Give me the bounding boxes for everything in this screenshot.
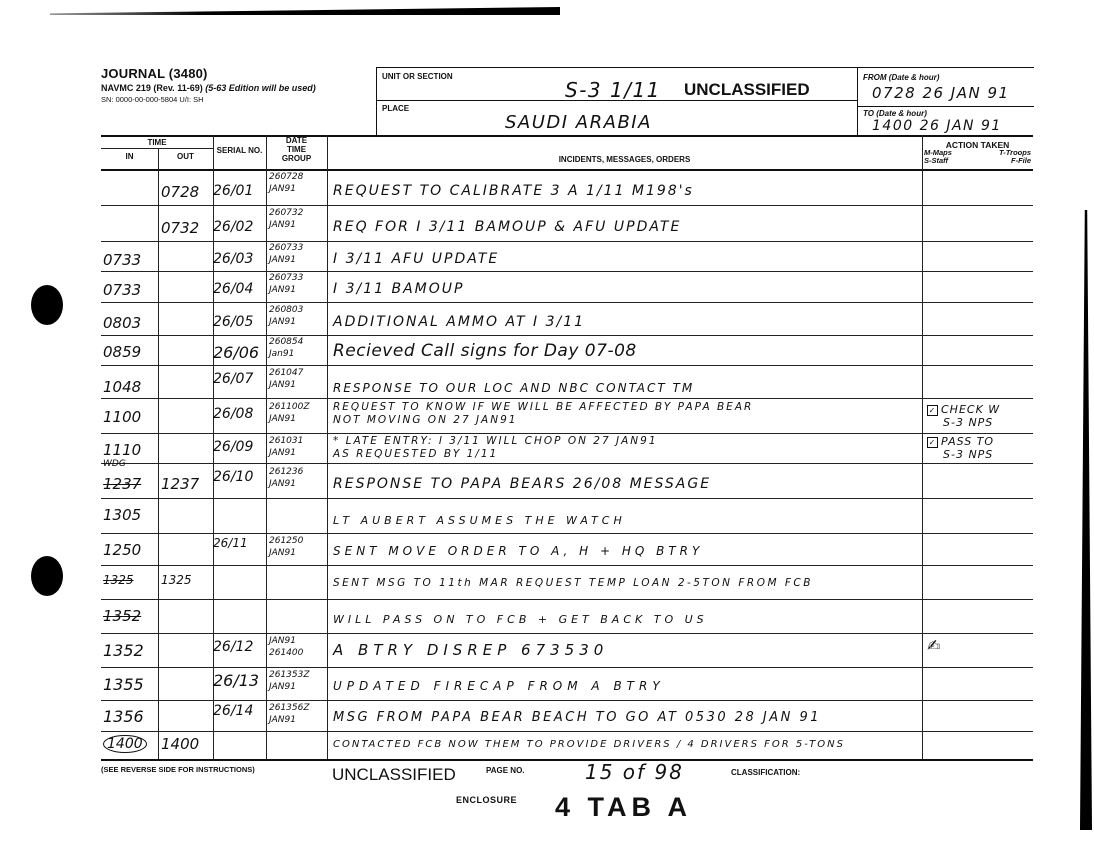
serial-no: 26/04 (213, 281, 265, 297)
classification-label: CLASSIFICATION: (731, 768, 800, 777)
date-time-group: 260732JAN91 (269, 207, 325, 231)
message: A BTRY DISREP 673530 (333, 641, 923, 659)
date-time-group: 260803JAN91 (269, 304, 325, 328)
table-row: 0859 26/06 260854Jan91 Recieved Call sig… (101, 335, 1033, 365)
col-serial: SERIAL NO. (213, 143, 266, 158)
action-taken: ✓PASS TO S-3 NPS (927, 435, 1032, 461)
classification-top: UNCLASSIFIED (684, 80, 810, 100)
time-in: 1355 (103, 675, 158, 694)
time-in: 1237 (103, 475, 158, 493)
date-time-group: 260733JAN91 (269, 272, 325, 296)
message: RESPONSE TO OUR LOC AND NBC CONTACT TM (333, 381, 923, 395)
scan-artifact-top (50, 7, 560, 15)
punch-hole (31, 285, 63, 325)
time-out: 1400 (161, 735, 216, 753)
from-label: FROM (Date & hour) (863, 73, 939, 82)
table-row: 1400 1400 CONTACTED FCB NOW THEM TO PROV… (101, 731, 1033, 759)
message: SENT MSG TO 11th MAR REQUEST TEMP LOAN 2… (333, 577, 923, 589)
time-in: 1100 (103, 408, 158, 426)
date-time-group: 261356ZJAN91 (269, 702, 325, 726)
checkbox-icon: ✓ (927, 405, 938, 416)
time-in-circled: 1400 (103, 735, 147, 753)
instructions-note: (SEE REVERSE SIDE FOR INSTRUCTIONS) (101, 765, 255, 774)
action-taken: ✓CHECK W S-3 NPS (927, 403, 1032, 429)
col-out: OUT (158, 152, 213, 161)
col-in: IN (101, 152, 158, 161)
table-row: 0728 26/01 260728JAN91 REQUEST TO CALIBR… (101, 169, 1033, 205)
message: REQUEST TO CALIBRATE 3 A 1/11 M198's (333, 183, 923, 199)
message: RESPONSE TO PAPA BEARS 26/08 MESSAGE (333, 476, 923, 492)
edition-note: (5-63 Edition will be used) (205, 83, 316, 93)
time-in: 0733 (103, 281, 158, 299)
message: * LATE ENTRY: I 3/11 WILL CHOP ON 27 JAN… (333, 435, 923, 461)
time-in: 0859 (103, 343, 158, 361)
time-in: 1110 (103, 441, 158, 459)
table-row: 1325 1325 SENT MSG TO 11th MAR REQUEST T… (101, 565, 1033, 599)
serial-no: 26/09 (213, 439, 265, 455)
date-time-group: 261100ZJAN91 (269, 401, 325, 425)
serial-no: 26/10 (213, 469, 265, 485)
message: REQ FOR I 3/11 BAMOUP & AFU UPDATE (333, 219, 923, 235)
form-title: JOURNAL (3480) (101, 66, 316, 81)
table-row: 1048 26/07 261047JAN91 RESPONSE TO OUR L… (101, 365, 1033, 398)
message: MSG FROM PAPA BEAR BEACH TO GO AT 0530 2… (333, 710, 923, 725)
serial-no: 26/03 (213, 251, 265, 267)
date-time-group: 261047JAN91 (269, 367, 325, 391)
serial-no: 26/01 (213, 183, 265, 199)
serial-no: 26/07 (213, 371, 265, 387)
form-number: NAVMC 219 (Rev. 11-69) (5-63 Edition wil… (101, 83, 316, 93)
time-out: 0728 (161, 183, 216, 201)
scan-artifact-right (1080, 210, 1092, 830)
to-value: 1400 26 JAN 91 (872, 118, 1002, 134)
message: ADDITIONAL AMMO AT I 3/11 (333, 314, 923, 330)
table-row: 1352 WILL PASS ON TO FCB + GET BACK TO U… (101, 599, 1033, 633)
message: LT AUBERT ASSUMES THE WATCH (333, 514, 923, 527)
time-out: 0732 (161, 219, 216, 237)
unit-value: S-3 1/11 (565, 78, 661, 102)
message: REQUEST TO KNOW IF WE WILL BE AFFECTED B… (333, 401, 923, 427)
unit-label: UNIT OR SECTION (382, 72, 453, 81)
form-identification: JOURNAL (3480) NAVMC 219 (Rev. 11-69) (5… (101, 66, 316, 104)
table-row: 1110 26/09 261031JAN91 * LATE ENTRY: I 3… (101, 433, 1033, 463)
stock-number: SN: 0000-00-000-5804 U/I: SH (101, 95, 316, 104)
enclosure-label: ENCLOSURE (456, 795, 517, 805)
table-row: 1352 26/12 JAN91261400 A BTRY DISREP 673… (101, 633, 1033, 667)
message: I 3/11 BAMOUP (333, 281, 923, 297)
message: WILL PASS ON TO FCB + GET BACK TO US (333, 613, 923, 626)
table-row: 0733 26/03 260733JAN91 I 3/11 AFU UPDATE (101, 241, 1033, 271)
date-time-group: 260733JAN91 (269, 242, 325, 266)
serial-no: 26/06 (213, 343, 265, 362)
from-value: 0728 26 JAN 91 (872, 84, 1010, 102)
page-number: 15 of 98 (585, 760, 684, 784)
serial-no: 26/13 (213, 671, 265, 690)
time-in-note: WDG (103, 459, 158, 469)
serial-no: 26/02 (213, 219, 265, 235)
serial-no: 26/08 (213, 406, 265, 422)
table-row: 1250 26/11 261250JAN91 SENT MOVE ORDER T… (101, 533, 1033, 565)
table-row: 1355 26/13 261353ZJAN91 UPDATED FIRECAP … (101, 667, 1033, 700)
date-time-group: 261031JAN91 (269, 435, 325, 459)
to-label: TO (Date & hour) (863, 109, 927, 118)
time-in: 1356 (103, 707, 158, 726)
serial-no: 26/14 (213, 703, 265, 719)
table-row: 1305 LT AUBERT ASSUMES THE WATCH (101, 498, 1033, 533)
time-in: 0803 (103, 314, 158, 332)
action-initials: ✍ (927, 639, 1032, 652)
table-row: 1356 26/14 261356ZJAN91 MSG FROM PAPA BE… (101, 700, 1033, 731)
message: UPDATED FIRECAP FROM A BTRY (333, 679, 923, 693)
col-dtg: DATE TIME GROUP (266, 136, 327, 163)
date-time-group: JAN91261400 (269, 635, 325, 659)
date-time-group: 260854Jan91 (269, 336, 325, 360)
page-label: PAGE NO. (486, 766, 525, 775)
col-time: TIME (101, 138, 213, 147)
enclosure-value: 4 TAB A (555, 792, 692, 823)
place-label: PLACE (382, 104, 409, 113)
time-in: 1250 (103, 541, 158, 559)
date-time-group: 261236JAN91 (269, 466, 325, 490)
message: I 3/11 AFU UPDATE (333, 251, 923, 267)
date-time-group: 260728JAN91 (269, 171, 325, 195)
time-in: 1352 (103, 607, 158, 625)
message: CONTACTED FCB NOW THEM TO PROVIDE DRIVER… (333, 739, 923, 750)
col-action: ACTION TAKEN M-MapsT-Troops S-StaffF-Fil… (924, 141, 1031, 165)
time-out: 1237 (161, 475, 216, 493)
serial-no: 26/12 (213, 639, 265, 655)
time-in: 1325 (103, 573, 158, 587)
time-out: 1325 (161, 573, 216, 587)
checkbox-icon: ✓ (927, 437, 938, 448)
table-row: 0732 26/02 260732JAN91 REQ FOR I 3/11 BA… (101, 205, 1033, 241)
punch-hole (31, 556, 63, 596)
serial-no: 26/11 (213, 536, 265, 550)
time-in: 0733 (103, 251, 158, 269)
place-value: SAUDI ARABIA (505, 112, 652, 133)
date-time-group: 261250JAN91 (269, 535, 325, 559)
date-range-box: FROM (Date & hour) 0728 26 JAN 91 TO (Da… (857, 67, 1034, 136)
unit-place-box: UNIT OR SECTION S-3 1/11 UNCLASSIFIED PL… (376, 67, 858, 136)
message: SENT MOVE ORDER TO A, H + HQ BTRY (333, 544, 923, 558)
table-row: WDG 1237 1237 26/10 261236JAN91 RESPONSE… (101, 463, 1033, 498)
time-in: 1048 (103, 378, 158, 396)
table-row: 0733 26/04 260733JAN91 I 3/11 BAMOUP (101, 271, 1033, 302)
table-row: 0803 26/05 260803JAN91 ADDITIONAL AMMO A… (101, 302, 1033, 335)
serial-no: 26/05 (213, 314, 265, 330)
time-in: 1305 (103, 506, 158, 524)
time-in: 1352 (103, 641, 158, 660)
col-incidents: INCIDENTS, MESSAGES, ORDERS (327, 155, 922, 164)
message: Recieved Call signs for Day 07-08 (333, 341, 923, 361)
journal-table: TIME IN OUT SERIAL NO. DATE TIME GROUP I… (101, 135, 1033, 761)
date-time-group: 261353ZJAN91 (269, 669, 325, 693)
table-row: 1100 26/08 261100ZJAN91 REQUEST TO KNOW … (101, 398, 1033, 433)
classification-bottom: UNCLASSIFIED (332, 765, 456, 785)
